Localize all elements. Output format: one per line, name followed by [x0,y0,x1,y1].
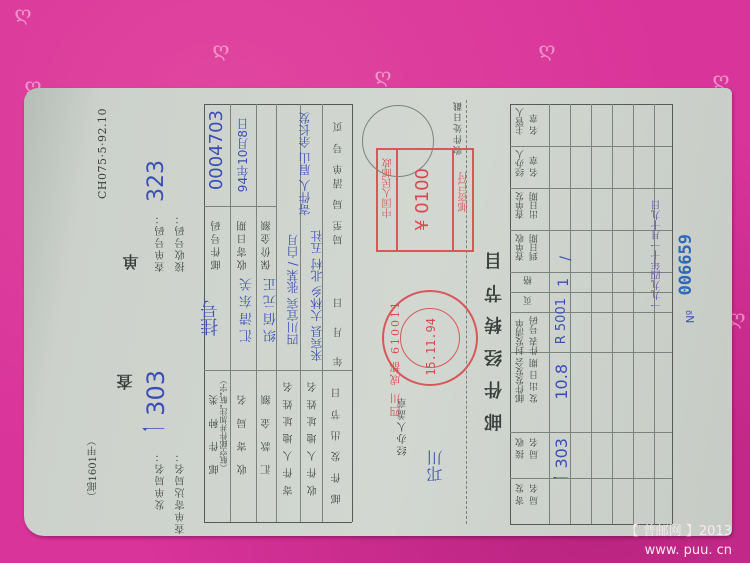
header-receiving-office: 接 收 局 名 [514,438,542,459]
signature-value: 邛川 [424,450,447,482]
header-list-number: 封发清单 件表 号码 [514,316,542,355]
transit-divider [633,104,634,524]
site-watermark: 【 普邮网 】2013 www. puu. cn [626,520,732,558]
header-bottom: 名 章 [530,114,540,135]
transit-grid: / [558,256,574,261]
decorative-swirl-icon: ღ [366,62,400,88]
issuing-office-value: 一303 [138,370,173,440]
recipient-value: 来宾县 大林乡 北村 五社 [308,230,325,361]
transit-divider [510,188,672,189]
transit-divider [612,104,613,524]
decorative-swirl-icon: ღ [204,36,238,62]
header-top: 寄 发 [516,484,526,505]
header-sending-office: 寄 发 局 名 [514,484,542,505]
header-inquiry-sent: 查单发 出日期 [514,192,542,219]
inquiry-no-value: 323 [144,160,169,202]
transit-divider [510,432,672,433]
serial-number-stamp: 006659 [676,234,696,295]
form-title-char-1: 查 [114,374,137,390]
header-top: 经办人 [516,150,526,177]
postmark-date: 15.11.94 [424,318,438,376]
insured-value-label: 保价金额 [260,218,275,270]
mail-type-value: 挂号 [198,300,224,336]
mail-number-label: 邮件号码 [210,218,225,270]
remit-amount-label: 汇 款 金 额 [260,390,275,475]
postage-meter-side-text: 邮资已付 [457,172,472,212]
transit-table-border [672,104,673,524]
watermark-line-1: 【 普邮网 】2013 [626,520,732,539]
receipt-no-label: 接收号码： [174,212,189,272]
transit-divider [654,104,655,524]
transit-divider [510,272,672,273]
inquiry-no-label: 查单号码： [154,212,169,272]
transit-list-number: R 5001 [554,298,569,344]
serial-prefix: Nº [684,310,697,323]
header-inquiry-received: 查单收 到日期 [514,234,542,261]
list-footer-label: 局至 局 清单 号 页 [332,118,347,245]
issuing-office-label: 发单局名： [154,450,169,510]
postage-meter-value: ¥ 0100 [412,168,433,231]
table-divider [230,104,231,522]
dispatch-date-value: 年 月 日 [332,290,347,366]
footer-sender-value: 寄件人 眉山 余长发 [296,112,313,216]
header-bottom: 发 出 日 期 [530,358,540,403]
mail-number-value: 0004703 [206,110,227,190]
date-stamp: 一九九四年十一月十九日 [650,200,665,310]
forward-office-label: 查单寄达局名： [174,450,189,534]
header-top: 封发清单 [516,319,526,355]
header-top: 邮件发发会 [516,358,526,403]
watermark-line-2: www. puu. cn [626,543,732,558]
recipient-label: 收 件 人 地 址 姓 名 [306,380,321,495]
table-border [204,522,352,523]
transit-title: 邮 件 经 转 节 目 [482,248,508,431]
header-bottom: 出日期 [530,192,540,219]
posting-date-value: 94年10月8日 [234,118,251,192]
header-handler: 经办人 名 章 [514,150,542,177]
remit-amount-value: 织 佰 元 正 [262,278,281,342]
decorative-swirl-icon: ღ [530,36,564,62]
posting-office-value: 汇 清 东 关 [238,278,257,342]
transit-divider [510,478,672,479]
transit-page: 1 [556,278,572,287]
posting-office-label: 收 寄 局 名 [236,390,251,475]
form-code: CH075·5·92.10 [96,108,109,199]
header-top: 查单收 [516,234,526,261]
form-title-char-2: 单 [120,254,143,270]
receipt-datestamp-caption: 收件处日戳 [452,100,465,155]
table-border [352,104,353,522]
transit-from-office: 一303 [550,438,573,485]
signature-label: 经办人盖章 [396,396,411,456]
transit-divider [510,312,672,313]
transit-divider [510,292,672,293]
posting-date-label: 收寄日期 [236,218,251,270]
header-dispatch-date: 邮件发发会 发 出 日 期 [514,358,542,403]
postage-meter-top-text: 中国人民邮政 [381,158,396,218]
header-top: 主管人 [516,108,526,135]
table-divider [204,370,352,371]
sender-value: 四川宜宾 张某 / 白月 [284,234,301,346]
transit-dispatch-date: 10.8 [552,364,571,400]
table-divider [204,206,276,207]
header-bottom: 到日期 [530,234,540,261]
transit-divider [591,104,592,524]
header-bottom: 局 名 [530,484,540,505]
form-number: （邮1601甲） [86,436,101,501]
header-supervisor: 主管人 名 章 [514,108,542,135]
header-bottom: 局 名 [530,438,540,459]
mail-type-sublabel: （航空邮件并加注“航”字） [218,376,229,472]
header-page: 页 [522,296,535,305]
transit-divider [510,230,672,231]
sender-label: 寄 件 人 地 址 姓 名 [282,380,297,495]
header-bottom: 件表 号码 [530,316,540,355]
header-top: 查单发 [516,192,526,219]
header-bottom: 名 章 [530,156,540,177]
decorative-swirl-icon: ღ [6,0,40,26]
transit-table-border [510,104,511,524]
header-top: 接 收 [516,438,526,459]
header-grid: 格 [522,276,535,285]
dispatch-date-label: 邮 件 发 出 节 日 [330,384,345,504]
transit-divider [510,146,672,147]
table-border [204,104,352,105]
